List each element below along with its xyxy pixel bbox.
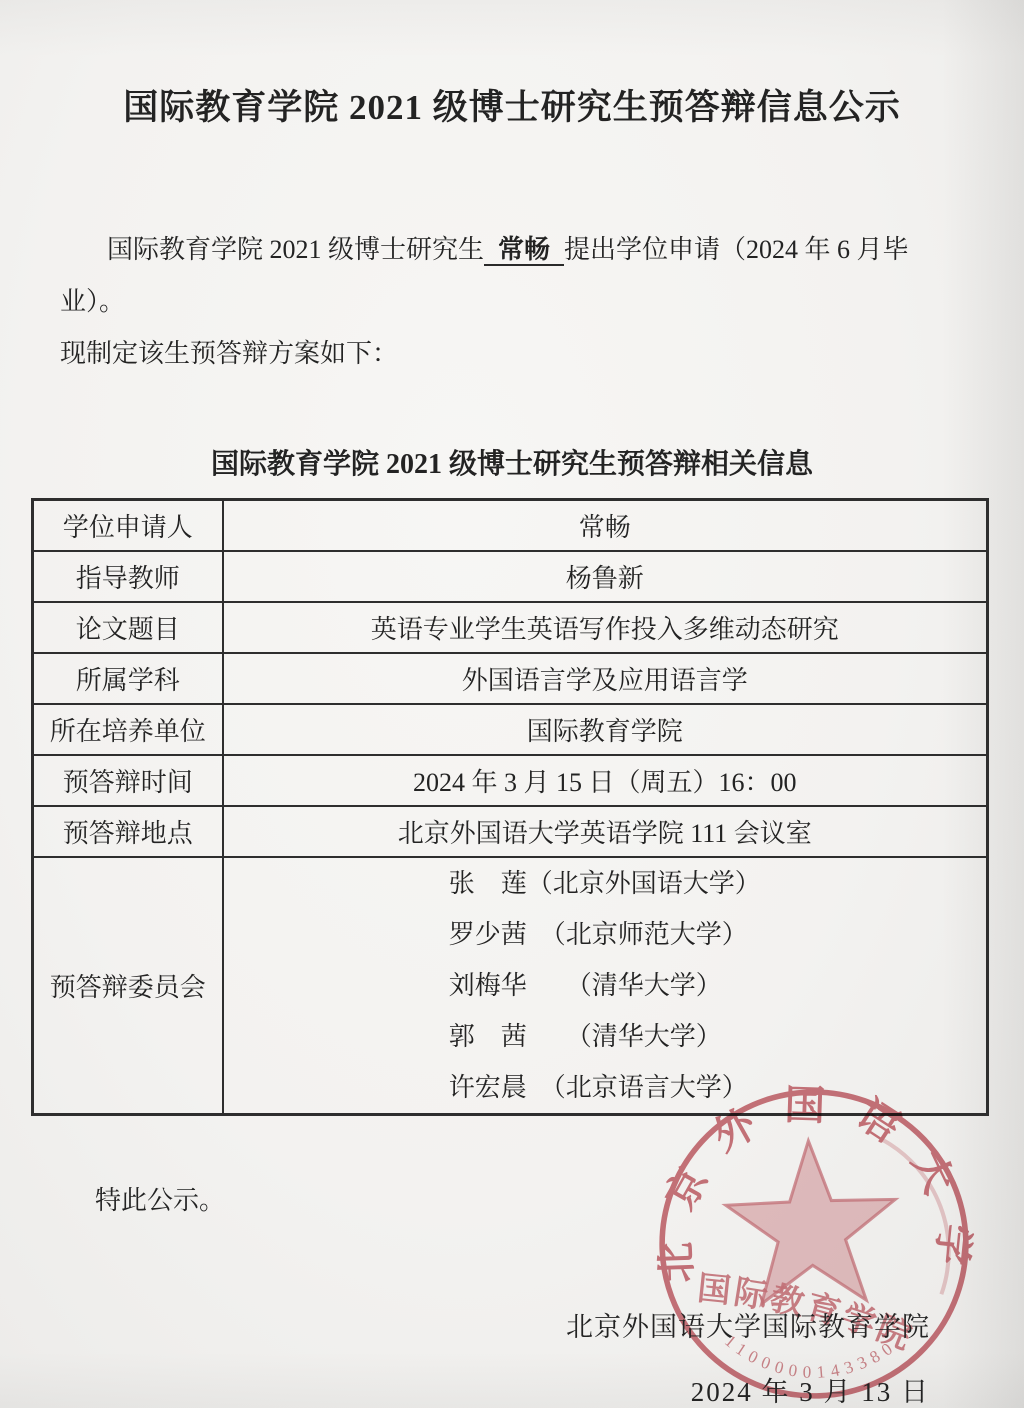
row-value-discipline: 外国语言学及应用语言学 bbox=[223, 653, 988, 704]
pre-defense-info-table: 学位申请人 常畅 指导教师 杨鲁新 论文题目 英语专业学生英语写作投入多维动态研… bbox=[31, 498, 989, 1116]
row-label-defense-location: 预答辩地点 bbox=[33, 806, 223, 857]
table-row: 预答辩地点 北京外国语大学英语学院 111 会议室 bbox=[33, 806, 988, 857]
row-label-applicant: 学位申请人 bbox=[33, 500, 223, 551]
table-title: 国际教育学院 2021 级博士研究生预答辩相关信息 bbox=[0, 442, 1024, 482]
row-label-training-unit: 所在培养单位 bbox=[33, 704, 223, 755]
page-title: 国际教育学院 2021 级博士研究生预答辩信息公示 bbox=[0, 84, 1024, 132]
table-row: 所属学科 外国语言学及应用语言学 bbox=[33, 653, 988, 704]
table-row: 论文题目 英语专业学生英语写作投入多维动态研究 bbox=[33, 602, 988, 653]
committee-member: 张 莲（北京外国语大学） bbox=[449, 858, 761, 909]
committee-member-list: 张 莲（北京外国语大学） 罗少茜 （北京师范大学） 刘梅华 （清华大学） 郭 茜… bbox=[449, 858, 761, 1113]
row-value-training-unit: 国际教育学院 bbox=[223, 704, 988, 755]
issuing-unit-signature: 北京外国语大学国际教育学院 bbox=[0, 1305, 930, 1344]
row-label-thesis-title: 论文题目 bbox=[33, 602, 223, 653]
row-value-defense-time: 2024 年 3 月 15 日（周五）16：00 bbox=[223, 755, 988, 806]
table-row: 预答辩时间 2024 年 3 月 15 日（周五）16：00 bbox=[33, 755, 988, 806]
issue-date: 2024 年 3 月 13 日 bbox=[0, 1370, 930, 1408]
row-value-thesis-title: 英语专业学生英语写作投入多维动态研究 bbox=[223, 602, 988, 653]
document-page: 国际教育学院 2021 级博士研究生预答辩信息公示 国际教育学院 2021 级博… bbox=[0, 0, 1024, 1408]
intro-paragraph: 国际教育学院 2021 级博士研究生常畅提出学位申请（2024 年 6 月毕业）… bbox=[60, 224, 962, 380]
committee-member: 刘梅华 （清华大学） bbox=[449, 960, 761, 1011]
row-label-discipline: 所属学科 bbox=[33, 653, 223, 704]
row-value-committee: 张 莲（北京外国语大学） 罗少茜 （北京师范大学） 刘梅华 （清华大学） 郭 茜… bbox=[223, 857, 988, 1115]
committee-member: 郭 茜 （清华大学） bbox=[449, 1011, 761, 1062]
applicant-name-underlined: 常畅 bbox=[484, 235, 564, 266]
row-value-advisor: 杨鲁新 bbox=[223, 551, 988, 602]
row-value-defense-location: 北京外国语大学英语学院 111 会议室 bbox=[223, 806, 988, 857]
committee-member: 罗少茜 （北京师范大学） bbox=[449, 909, 761, 960]
table-row: 所在培养单位 国际教育学院 bbox=[33, 704, 988, 755]
row-label-advisor: 指导教师 bbox=[33, 551, 223, 602]
table-row-committee: 预答辩委员会 张 莲（北京外国语大学） 罗少茜 （北京师范大学） 刘梅华 （清华… bbox=[33, 857, 988, 1115]
intro-line-2: 现制定该生预答辩方案如下： bbox=[60, 328, 962, 380]
row-value-applicant: 常畅 bbox=[223, 500, 988, 551]
table-row: 学位申请人 常畅 bbox=[33, 500, 988, 551]
signature-block: 北京外国语大学国际教育学院 2024 年 3 月 13 日 bbox=[0, 1305, 930, 1408]
row-label-committee: 预答辩委员会 bbox=[33, 857, 223, 1115]
intro-text-before-name: 国际教育学院 2021 级博士研究生 bbox=[107, 235, 484, 264]
intro-line-1: 国际教育学院 2021 级博士研究生常畅提出学位申请（2024 年 6 月毕业）… bbox=[60, 224, 962, 328]
table-row: 指导教师 杨鲁新 bbox=[33, 551, 988, 602]
row-label-defense-time: 预答辩时间 bbox=[33, 755, 223, 806]
